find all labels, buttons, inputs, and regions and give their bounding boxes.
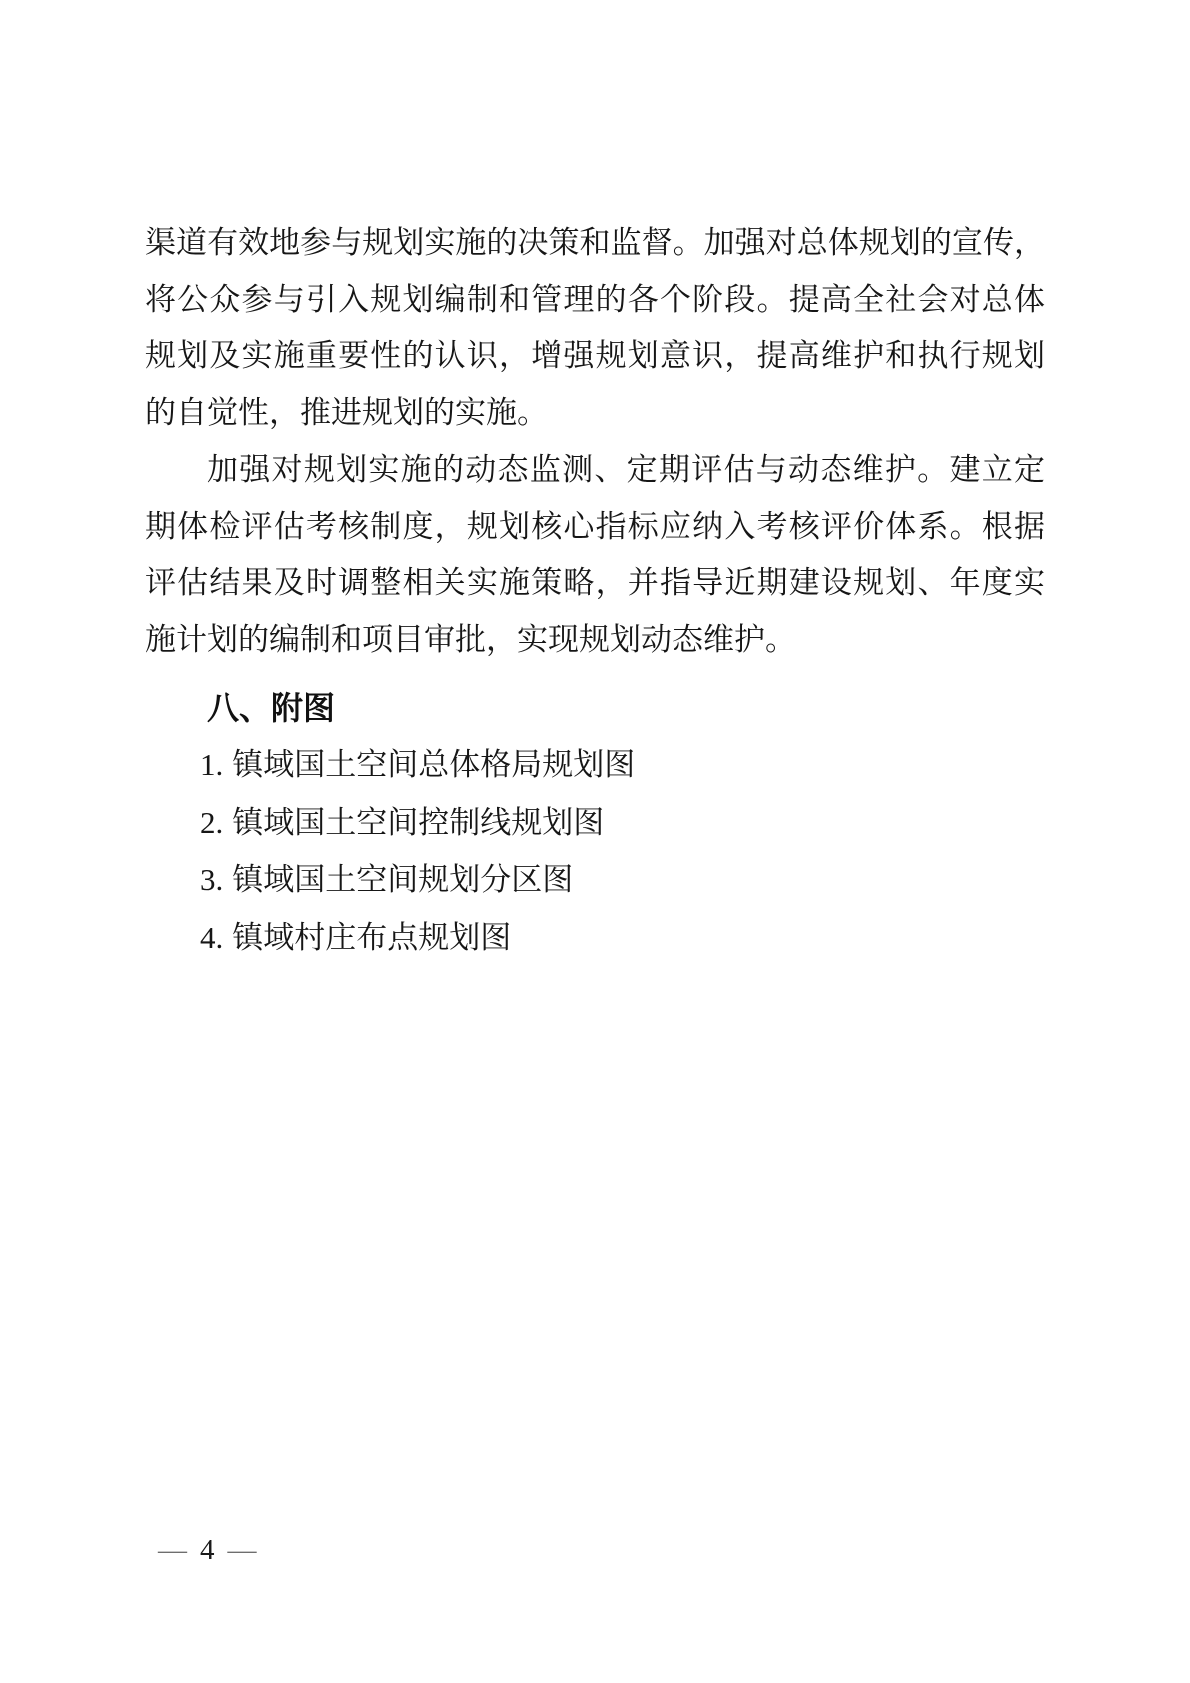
- document-body: 渠道有效地参与规划实施的决策和监督。加强对总体规划的宣传， 将公众参与引入规划编…: [145, 215, 1045, 966]
- figure-list: 1.镇域国土空间总体格局规划图 2.镇域国土空间控制线规划图 3.镇域国土空间规…: [145, 736, 1045, 966]
- figure-list-item: 2.镇域国土空间控制线规划图: [145, 794, 1045, 852]
- paragraph-2: 加强对规划实施的动态监测、定期评估与动态维护。建立定 期体检评估考核制度，规划核…: [145, 442, 1045, 669]
- figure-item-number: 4.: [200, 909, 223, 967]
- figure-item-label: 镇域国土空间控制线规划图: [232, 805, 604, 840]
- figure-list-item: 3.镇域国土空间规划分区图: [145, 851, 1045, 909]
- page-number: —4—: [158, 1534, 257, 1567]
- body-line: 施计划的编制和项目审批，实现规划动态维护。: [145, 612, 1045, 669]
- figure-list-item: 4.镇域村庄布点规划图: [145, 909, 1045, 967]
- body-line: 加强对规划实施的动态监测、定期评估与动态维护。建立定: [145, 442, 1045, 499]
- body-line: 规划及实施重要性的认识，增强规划意识，提高维护和执行规划: [145, 328, 1045, 385]
- paragraph-1: 渠道有效地参与规划实施的决策和监督。加强对总体规划的宣传， 将公众参与引入规划编…: [145, 215, 1045, 442]
- page-number-right-dash: —: [228, 1534, 257, 1566]
- figure-item-number: 2.: [200, 794, 223, 852]
- figure-item-number: 1.: [200, 736, 223, 794]
- body-line: 将公众参与引入规划编制和管理的各个阶段。提高全社会对总体: [145, 272, 1045, 329]
- figure-item-label: 镇域村庄布点规划图: [232, 920, 511, 955]
- figure-item-label: 镇域国土空间总体格局规划图: [232, 747, 635, 782]
- document-page: 渠道有效地参与规划实施的决策和监督。加强对总体规划的宣传， 将公众参与引入规划编…: [0, 0, 1190, 1683]
- body-line: 评估结果及时调整相关实施策略，并指导近期建设规划、年度实: [145, 555, 1045, 612]
- page-number-left-dash: —: [158, 1534, 187, 1566]
- figure-item-number: 3.: [200, 851, 223, 909]
- body-line: 的自觉性，推进规划的实施。: [145, 385, 1045, 442]
- figure-item-label: 镇域国土空间规划分区图: [232, 862, 573, 897]
- section-heading: 八、附图: [145, 680, 1045, 737]
- body-line: 期体检评估考核制度，规划核心指标应纳入考核评价体系。根据: [145, 499, 1045, 556]
- body-line: 渠道有效地参与规划实施的决策和监督。加强对总体规划的宣传，: [145, 215, 1045, 272]
- page-number-value: 4: [200, 1534, 215, 1566]
- figure-list-item: 1.镇域国土空间总体格局规划图: [145, 736, 1045, 794]
